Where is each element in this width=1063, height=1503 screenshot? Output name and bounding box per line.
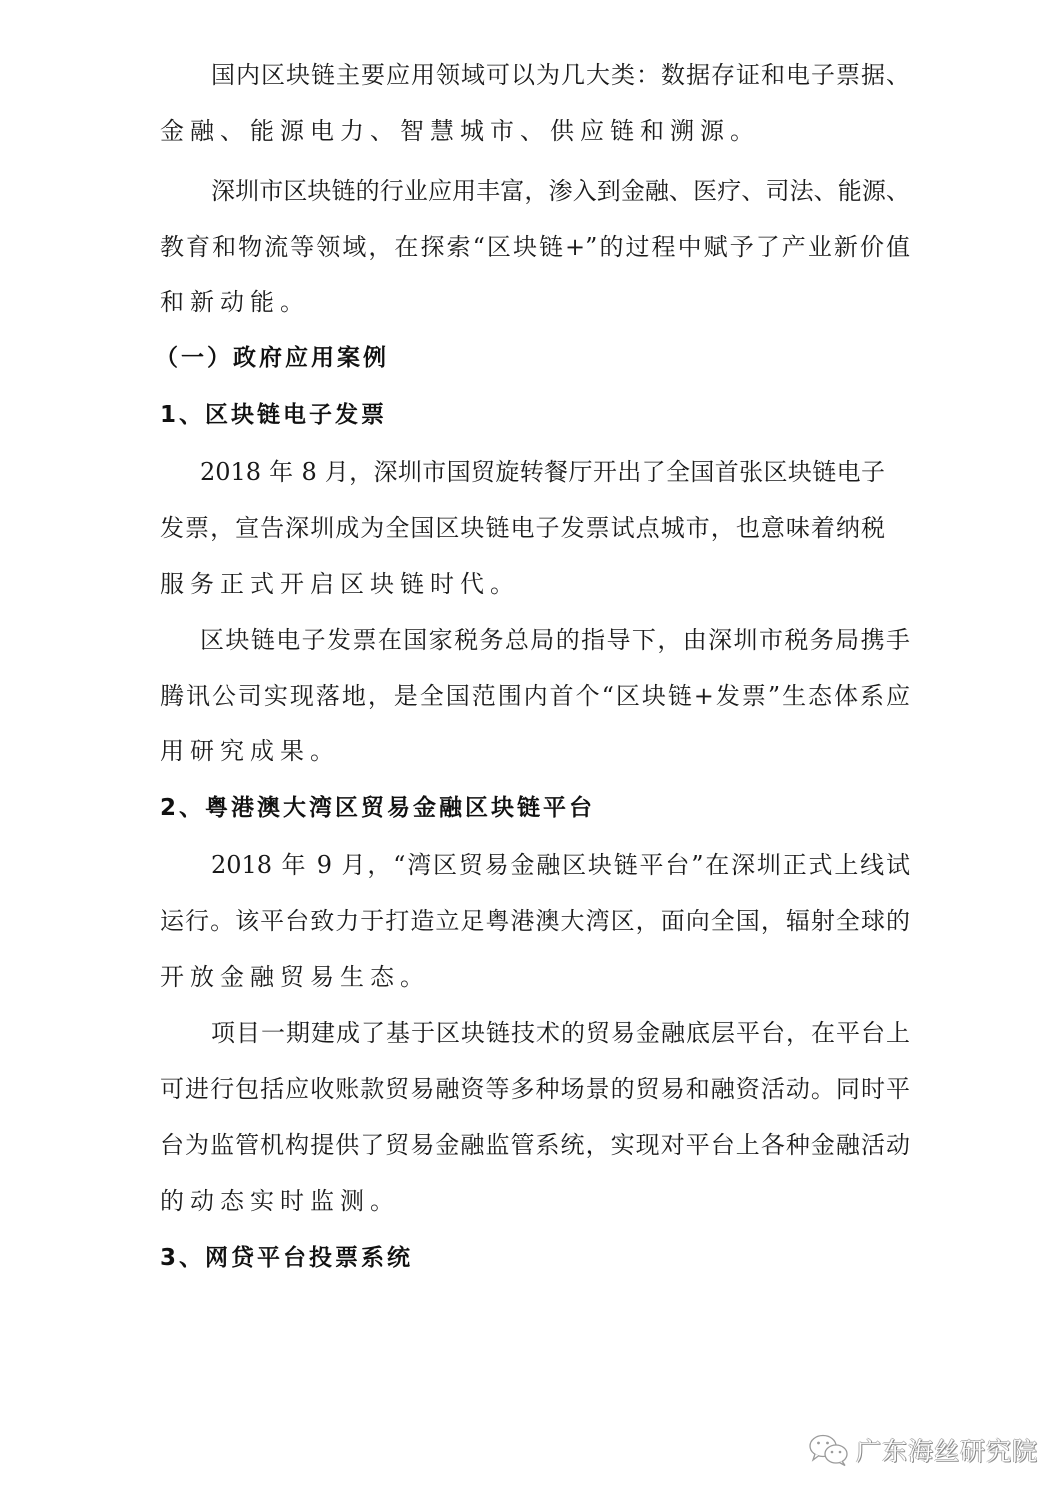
paragraph-line: 的动态实时监测。 xyxy=(160,1186,910,1216)
watermark-text: 广东海丝研究院 xyxy=(856,1432,1038,1468)
subsection-heading: 1、区块链电子发票 xyxy=(160,400,910,430)
paragraph-line: 用研究成果。 xyxy=(160,736,910,766)
paragraph-line: 区块链电子发票在国家税务总局的指导下，由深圳市税务局携手 xyxy=(200,625,910,655)
subsection-heading: 2、粤港澳大湾区贸易金融区块链平台 xyxy=(160,793,910,823)
paragraph-line: 2018 年 8 月，深圳市国贸旋转餐厅开出了全国首张区块链电子 xyxy=(200,457,885,487)
paragraph-line: 可进行包括应收账款贸易融资等多种场景的贸易和融资活动。同时平 xyxy=(160,1074,910,1104)
paragraph-line: 金融、能源电力、智慧城市、供应链和溯源。 xyxy=(160,116,910,146)
paragraph-line: 运行。该平台致力于打造立足粤港澳大湾区，面向全国，辐射全球的 xyxy=(160,906,910,936)
subsection-heading: 3、网贷平台投票系统 xyxy=(160,1243,910,1273)
wechat-icon xyxy=(808,1433,850,1467)
paragraph-line: 和新动能。 xyxy=(160,287,910,317)
paragraph-line: 国内区块链主要应用领域可以为几大类：数据存证和电子票据、 xyxy=(211,60,910,90)
paragraph-line: 开放金融贸易生态。 xyxy=(160,962,910,992)
paragraph-line: 2018 年 9 月，“湾区贸易金融区块链平台”在深圳正式上线试 xyxy=(211,850,910,880)
paragraph-line: 发票，宣告深圳成为全国区块链电子发票试点城市，也意味着纳税 xyxy=(160,513,885,543)
document-page: 国内区块链主要应用领域可以为几大类：数据存证和电子票据、 金融、能源电力、智慧城… xyxy=(0,0,1063,1503)
source-watermark: 广东海丝研究院 xyxy=(808,1432,1038,1468)
paragraph-line: 深圳市区块链的行业应用丰富，渗入到金融、医疗、司法、能源、 xyxy=(211,176,910,206)
paragraph-line: 台为监管机构提供了贸易金融监管系统，实现对平台上各种金融活动 xyxy=(160,1130,910,1160)
paragraph-line: 项目一期建成了基于区块链技术的贸易金融底层平台，在平台上 xyxy=(211,1018,910,1048)
paragraph-line: 服务正式开启区块链时代。 xyxy=(160,569,910,599)
paragraph-line: 腾讯公司实现落地，是全国范围内首个“区块链+发票”生态体系应 xyxy=(160,681,910,711)
paragraph-line: 教育和物流等领域，在探索“区块链+”的过程中赋予了产业新价值 xyxy=(160,232,910,262)
section-heading: （一）政府应用案例 xyxy=(155,343,905,373)
